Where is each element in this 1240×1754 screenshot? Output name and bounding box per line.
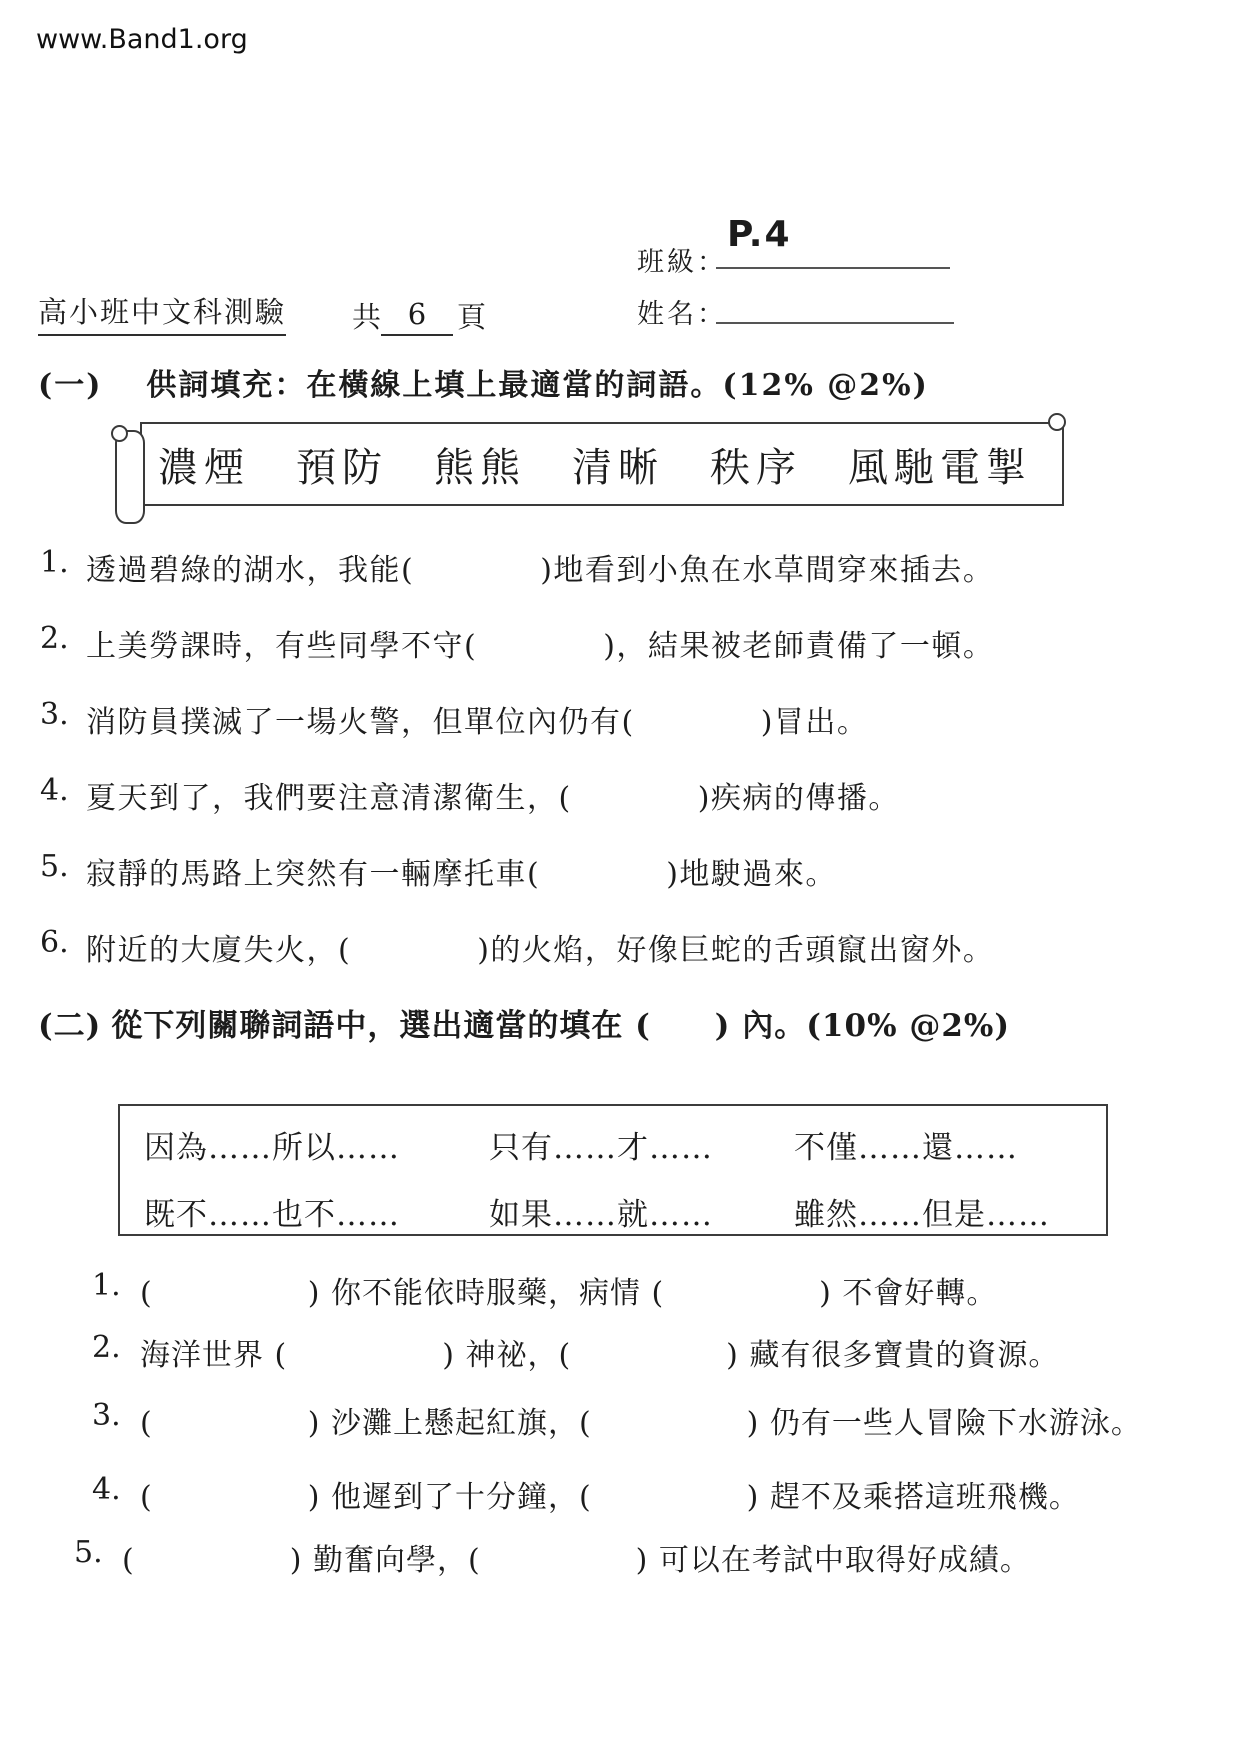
word-bank-scroll: 濃煙 預防 熊熊 清晰 秩序 風馳電掣 xyxy=(140,422,1064,506)
question-number: 3. xyxy=(40,697,72,741)
scroll-corner-curl-icon xyxy=(1048,413,1066,431)
word-bank-item: 風馳電掣 xyxy=(848,436,1032,493)
conjunction-bank-row: 既不……也不…… 如果……就…… 雖然……但是…… xyxy=(144,1189,1106,1234)
question-number: 2. xyxy=(92,1330,122,1374)
question-number: 2. xyxy=(40,621,72,665)
conjunction-bank-row: 因為……所以…… 只有……才…… 不僅……還…… xyxy=(144,1122,1106,1167)
question-item: 4. 夏天到了，我們要注意清潔衛生，( )疾病的傳播。 xyxy=(40,773,900,817)
section1-heading: (一)供詞填充：在橫線上填上最適當的詞語。(12% @2%) xyxy=(38,360,929,404)
word-bank-item: 秩序 xyxy=(710,436,802,493)
conjunction-item: 既不……也不…… xyxy=(144,1189,489,1234)
pages-suffix: 頁 xyxy=(457,295,486,336)
question-text: 夏天到了，我們要注意清潔衛生，( )疾病的傳播。 xyxy=(86,773,900,817)
title-row: 高小班中文科測驗 共 6 頁 xyxy=(38,290,486,336)
section2-instruction: 從下列關聯詞語中，選出適當的填在 ( ) 內。 xyxy=(111,1008,806,1044)
doc-title: 高小班中文科測驗 xyxy=(38,290,286,336)
question-item: 2. 上美勞課時，有些同學不守( )，結果被老師責備了一頓。 xyxy=(40,621,994,665)
section2-heading: (二)從下列關聯詞語中，選出適當的填在 ( ) 內。(10% @2%) xyxy=(38,1000,1010,1045)
question-item: 1. ( ) 你不能依時服藥，病情 ( ) 不會好轉。 xyxy=(92,1268,997,1312)
section2-number: (二) xyxy=(38,1008,101,1044)
question-text: 海洋世界 ( ) 神祕，( ) 藏有很多寶貴的資源。 xyxy=(140,1330,1059,1374)
class-label: 班級： xyxy=(637,240,727,279)
question-item: 5. 寂靜的馬路上突然有一輛摩托車( )地駛過來。 xyxy=(40,849,837,893)
question-text: ( ) 勤奮向學，( ) 可以在考試中取得好成績。 xyxy=(122,1535,1031,1579)
question-number: 1. xyxy=(92,1268,122,1312)
question-item: 6. 附近的大廈失火，( )的火焰，好像巨蛇的舌頭竄出窗外。 xyxy=(40,925,994,969)
scroll-roll-decoration xyxy=(115,430,145,524)
section1-instruction: 供詞填充：在橫線上填上最適當的詞語。 xyxy=(146,368,722,403)
question-number: 1. xyxy=(40,545,72,589)
class-underline xyxy=(716,245,950,269)
question-item: 2. 海洋世界 ( ) 神祕，( ) 藏有很多寶貴的資源。 xyxy=(92,1330,1059,1374)
conjunction-item: 只有……才…… xyxy=(489,1122,794,1167)
conjunction-item: 雖然……但是…… xyxy=(794,1189,1050,1234)
question-text: ( ) 你不能依時服藥，病情 ( ) 不會好轉。 xyxy=(140,1268,997,1312)
question-item: 3. 消防員撲滅了一場火警，但單位內仍有( )冒出。 xyxy=(40,697,868,741)
scroll-curl-icon xyxy=(111,425,128,442)
section1-score: (12% @2%) xyxy=(722,368,928,403)
name-label: 姓名： xyxy=(637,292,727,331)
question-item: 1. 透過碧綠的湖水，我能( )地看到小魚在水草間穿來插去。 xyxy=(40,545,994,589)
pages-count: 6 xyxy=(381,297,453,336)
worksheet-page: www.Band1.org 班級： P.4 姓名： 高小班中文科測驗 共 6 頁… xyxy=(0,0,1240,1754)
conjunction-item: 因為……所以…… xyxy=(144,1122,489,1167)
conjunction-item: 不僅……還…… xyxy=(794,1122,1018,1167)
question-number: 4. xyxy=(92,1472,122,1516)
question-text: 寂靜的馬路上突然有一輛摩托車( )地駛過來。 xyxy=(86,849,837,893)
site-watermark: www.Band1.org xyxy=(36,24,248,55)
question-number: 3. xyxy=(92,1398,122,1442)
question-number: 4. xyxy=(40,773,72,817)
section2-score: (10% @2%) xyxy=(806,1008,1010,1044)
question-number: 6. xyxy=(40,925,72,969)
question-item: 4. ( ) 他遲到了十分鐘，( ) 趕不及乘搭這班飛機。 xyxy=(92,1472,1080,1516)
pages-prefix: 共 xyxy=(352,295,381,336)
name-underline xyxy=(716,300,954,324)
word-bank-item: 濃煙 xyxy=(158,436,250,493)
question-text: 透過碧綠的湖水，我能( )地看到小魚在水草間穿來插去。 xyxy=(86,545,994,589)
conjunction-item: 如果……就…… xyxy=(489,1189,794,1234)
word-bank-words: 濃煙 預防 熊熊 清晰 秩序 風馳電掣 xyxy=(142,424,1062,504)
question-text: 消防員撲滅了一場火警，但單位內仍有( )冒出。 xyxy=(86,697,868,741)
question-text: 上美勞課時，有些同學不守( )，結果被老師責備了一頓。 xyxy=(86,621,994,665)
question-text: 附近的大廈失火，( )的火焰，好像巨蛇的舌頭竄出窗外。 xyxy=(86,925,994,969)
word-bank-item: 熊熊 xyxy=(434,436,526,493)
conjunction-bank: 因為……所以…… 只有……才…… 不僅……還…… 既不……也不…… 如果……就…… xyxy=(118,1104,1108,1236)
section1-number: (一) xyxy=(38,368,102,403)
question-item: 3. ( ) 沙灘上懸起紅旗，( ) 仍有一些人冒險下水游泳。 xyxy=(92,1398,1142,1442)
question-text: ( ) 他遲到了十分鐘，( ) 趕不及乘搭這班飛機。 xyxy=(140,1472,1080,1516)
word-bank-item: 預防 xyxy=(296,436,388,493)
word-bank-item: 清晰 xyxy=(572,436,664,493)
question-text: ( ) 沙灘上懸起紅旗，( ) 仍有一些人冒險下水游泳。 xyxy=(140,1398,1142,1442)
question-number: 5. xyxy=(74,1535,104,1579)
question-item: 5. ( ) 勤奮向學，( ) 可以在考試中取得好成績。 xyxy=(74,1535,1031,1579)
question-number: 5. xyxy=(40,849,72,893)
